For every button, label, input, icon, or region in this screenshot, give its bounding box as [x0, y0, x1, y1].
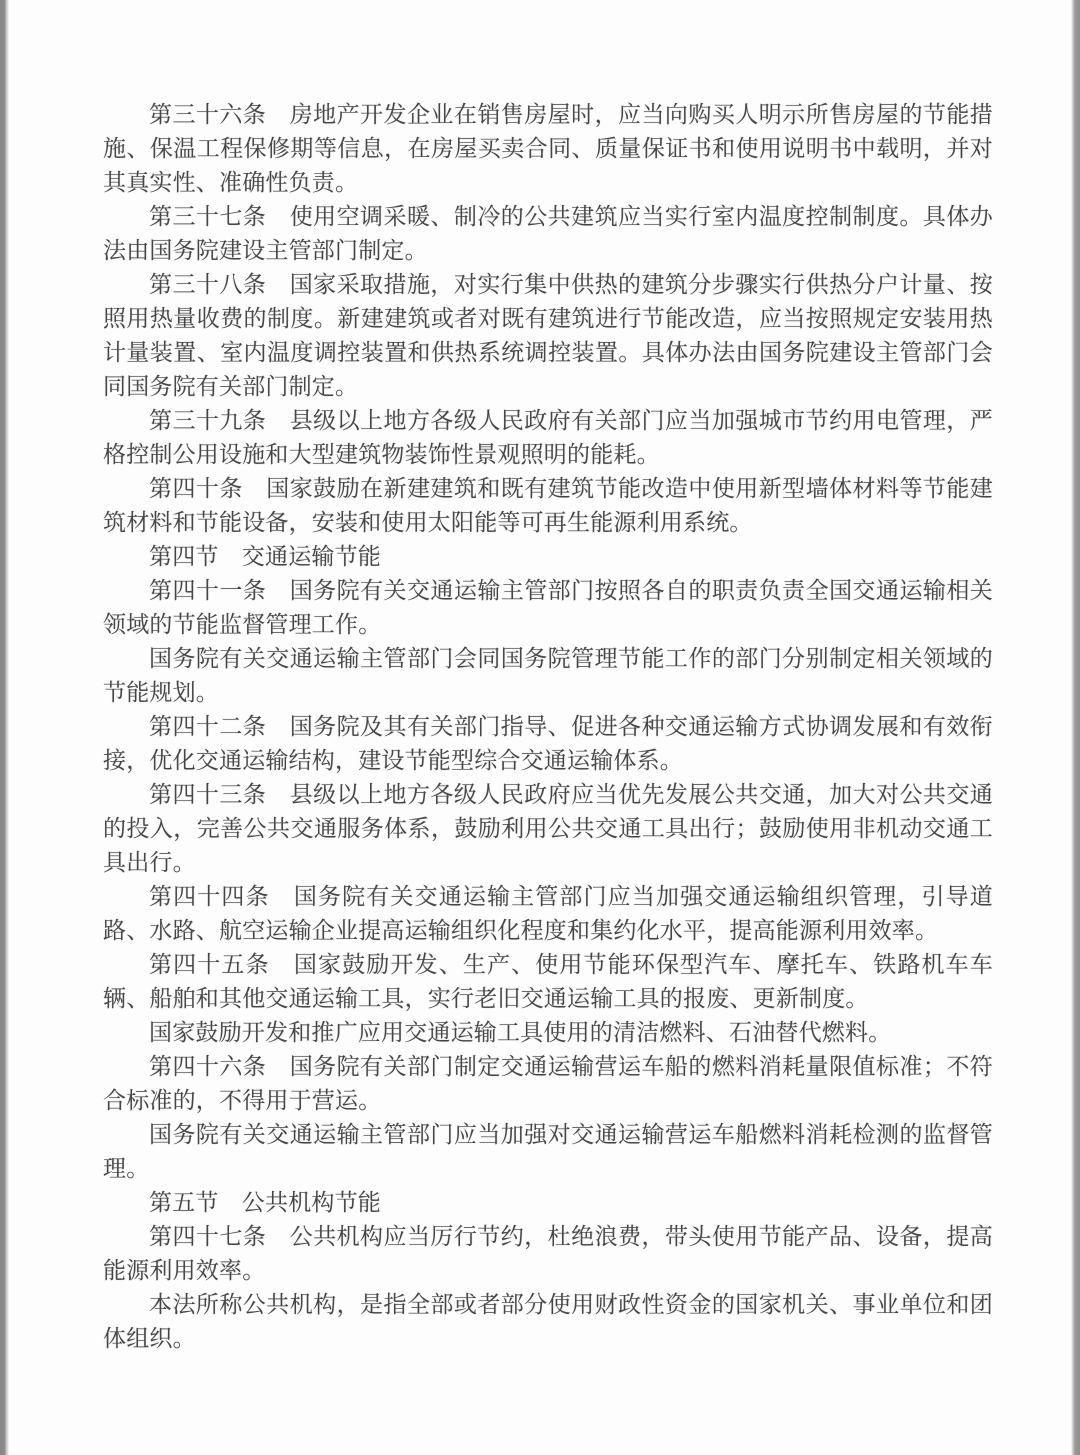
paragraph: 国家鼓励开发和推广应用交通运输工具使用的清洁燃料、石油替代燃料。: [103, 1016, 993, 1050]
paragraph: 第四十五条 国家鼓励开发、生产、使用节能环保型汽车、摩托车、铁路机车车辆、船舶和…: [103, 948, 993, 1016]
paragraph: 第四十条 国家鼓励在新建建筑和既有建筑节能改造中使用新型墙体材料等节能建筑材料和…: [103, 472, 993, 540]
paragraph: 第三十六条 房地产开发企业在销售房屋时，应当向购买人明示所售房屋的节能措施、保温…: [103, 98, 993, 200]
paragraph: 第三十九条 县级以上地方各级人民政府有关部门应当加强城市节约用电管理，严格控制公…: [103, 404, 993, 472]
scanned-document-page: { "document": { "language": "zh-CN", "te…: [0, 0, 1080, 1455]
scan-edge-left: [0, 0, 9, 1455]
section-heading: 第四节 交通运输节能: [103, 540, 993, 574]
paragraph: 第三十八条 国家采取措施，对实行集中供热的建筑分步骤实行供热分户计量、按照用热量…: [103, 268, 993, 404]
document-body: 第三十六条 房地产开发企业在销售房屋时，应当向购买人明示所售房屋的节能措施、保温…: [103, 98, 993, 1356]
paragraph: 第四十一条 国务院有关交通运输主管部门按照各自的职责负责全国交通运输相关领域的节…: [103, 574, 993, 642]
paragraph: 国务院有关交通运输主管部门会同国务院管理节能工作的部门分别制定相关领域的节能规划…: [103, 642, 993, 710]
paragraph: 第三十七条 使用空调采暖、制冷的公共建筑应当实行室内温度控制制度。具体办法由国务…: [103, 200, 993, 268]
paragraph: 国务院有关交通运输主管部门应当加强对交通运输营运车船燃料消耗检测的监督管理。: [103, 1118, 993, 1186]
paragraph: 第四十二条 国务院及其有关部门指导、促进各种交通运输方式协调发展和有效衔接，优化…: [103, 710, 993, 778]
paragraph: 第四十七条 公共机构应当厉行节约，杜绝浪费，带头使用节能产品、设备，提高能源利用…: [103, 1220, 993, 1288]
scan-edge-right: [1071, 0, 1080, 1455]
section-heading: 第五节 公共机构节能: [103, 1186, 993, 1220]
paragraph: 本法所称公共机构，是指全部或者部分使用财政性资金的国家机关、事业单位和团体组织。: [103, 1288, 993, 1356]
paragraph: 第四十四条 国务院有关交通运输主管部门应当加强交通运输组织管理，引导道路、水路、…: [103, 880, 993, 948]
paragraph: 第四十六条 国务院有关部门制定交通运输营运车船的燃料消耗量限值标准；不符合标准的…: [103, 1050, 993, 1118]
paragraph: 第四十三条 县级以上地方各级人民政府应当优先发展公共交通，加大对公共交通的投入，…: [103, 778, 993, 880]
